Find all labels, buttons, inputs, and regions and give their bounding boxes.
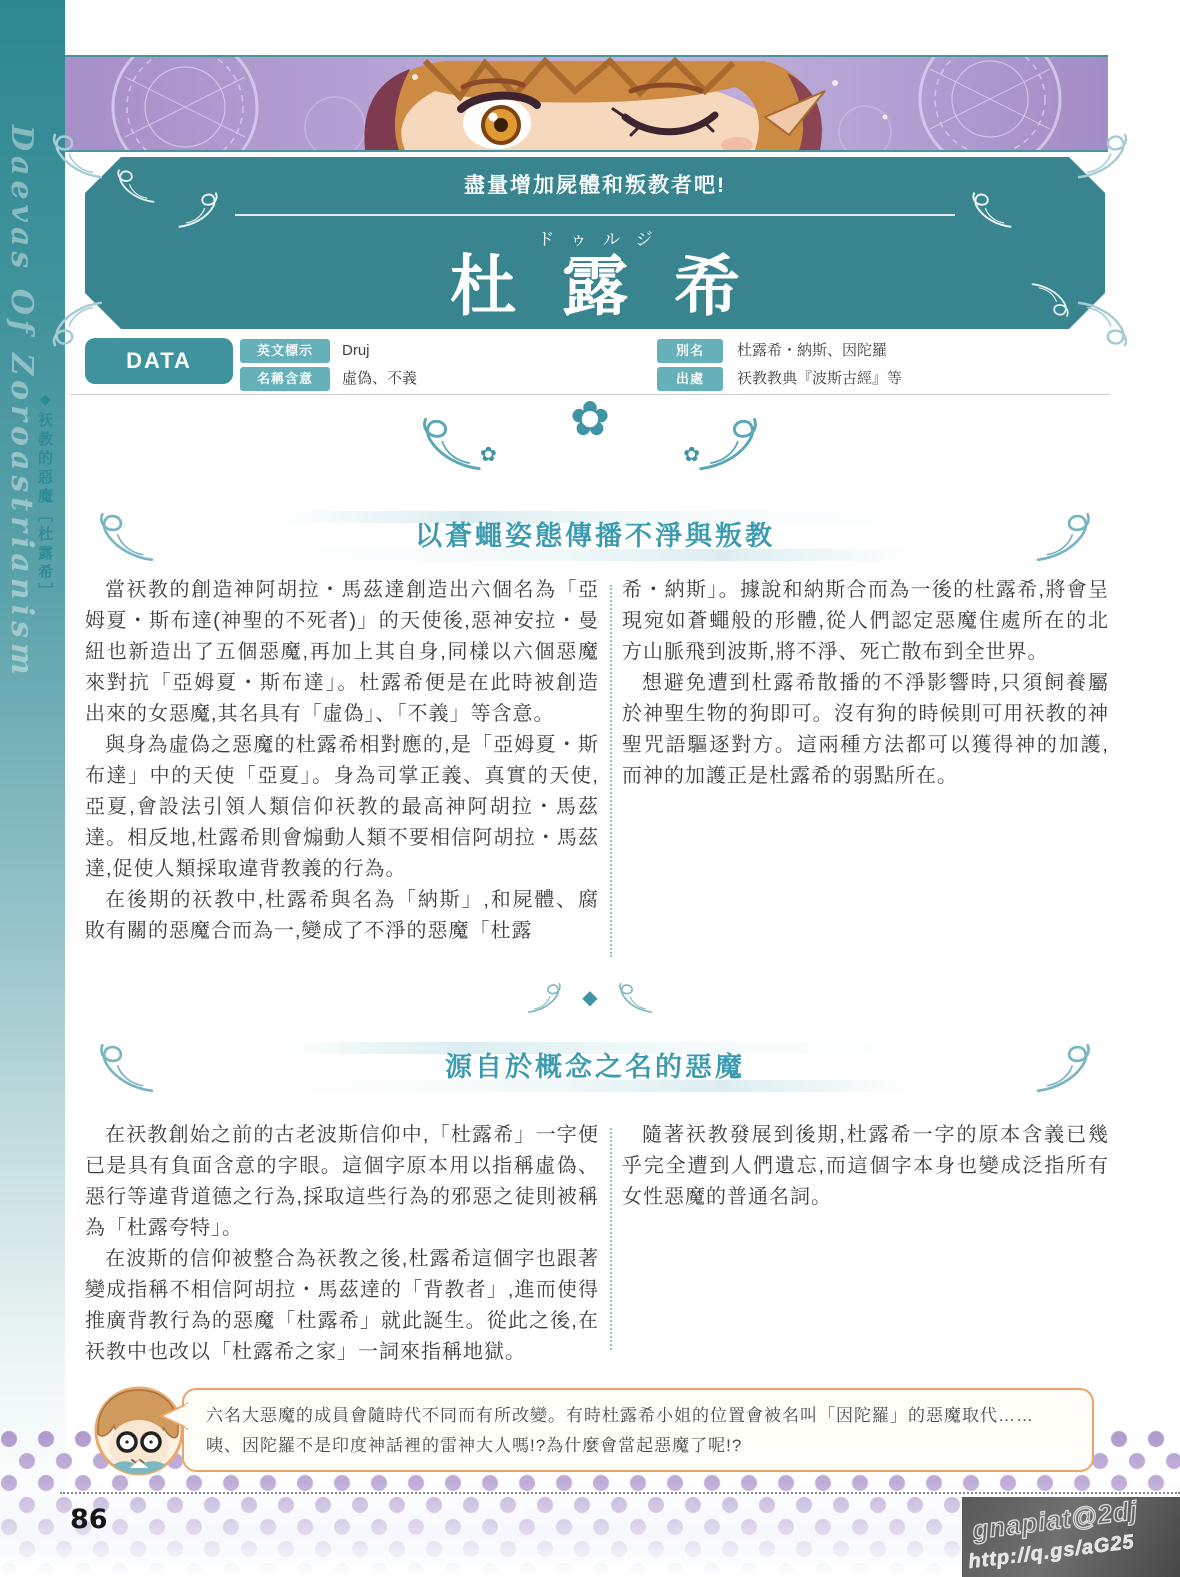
mascot-comment-box: 六名大惡魔的成員會隨時代不同而有所改變。有時杜露希小姐的位置會被名叫「因陀羅」的… — [182, 1388, 1094, 1472]
flower-icon: ✿ — [480, 442, 497, 467]
paragraph: 希・納斯」。據說和納斯合而為一後的杜露希,將會呈現宛如蒼蠅般的形體,從人們認定惡… — [622, 575, 1109, 668]
field-value-alias: 杜露希・納斯、因陀羅 — [737, 339, 887, 363]
comment-line: 六名大惡魔的成員會隨時代不同而有所改變。有時杜露希小姐的位置會被名叫「因陀羅」的… — [206, 1401, 1072, 1431]
section2-left-column: 在祆教創始之前的古老波斯信仰中,「杜露希」一字便已是具有負面含意的字眼。這個字原… — [85, 1120, 599, 1368]
corner-swirl-icon — [112, 168, 156, 204]
hero-divider-line — [235, 214, 955, 216]
sidebar-series-title: Daevas Of Zoroastrianism — [4, 125, 39, 1105]
flower-icon: ✿ — [683, 442, 700, 467]
column-divider — [610, 585, 612, 957]
hero-title-box: 盡量增加屍體和叛教者吧! ドゥルジ 杜露希 — [85, 157, 1105, 329]
paragraph: 想避免遭到杜露希散播的不淨影響時,只須飼養屬於神聖生物的狗即可。沒有狗的時候則可… — [622, 668, 1109, 792]
section-title: 源自於概念之名的惡魔 — [85, 1038, 1105, 1096]
section-divider-ornament: ◆ — [480, 976, 700, 1020]
corner-swirl-icon — [1076, 300, 1134, 348]
flower-divider-ornament: ✿ ✿ ✿ — [380, 396, 800, 492]
sidebar-category-label: ◆祆教的惡魔［杜露希］ — [34, 390, 55, 602]
swirl-ornament-icon — [177, 191, 223, 229]
field-label-meaning: 名稱含意 — [240, 367, 330, 391]
page-number: 86 — [70, 1504, 108, 1535]
swirl-ornament-icon — [524, 982, 568, 1014]
field-value-source: 祆教教典『波斯古經』等 — [737, 367, 902, 391]
section-header: 以蒼蠅姿態傳播不淨與叛教 — [85, 507, 1105, 565]
field-value-meaning: 虛偽、不義 — [342, 367, 417, 391]
watermark-box: gnapiat@2dj http://q.gs/aG25 — [962, 1497, 1180, 1577]
speech-bubble-tail — [158, 1400, 188, 1432]
paragraph: 與身為虛偽之惡魔的杜露希相對應的,是「亞姆夏・斯布達」中的天使「亞夏」。身為司掌… — [85, 730, 599, 885]
diamond-icon: ◆ — [582, 988, 597, 1008]
page-title: 杜露希 — [85, 247, 1105, 325]
corner-swirl-icon — [46, 132, 104, 180]
paragraph: 隨著祆教發展到後期,杜露希一字的原本含義已幾乎完全遭到人們遺忘,而這個字本身也變… — [622, 1120, 1109, 1213]
field-value-english: Druj — [342, 339, 370, 363]
banner-artwork — [65, 55, 1108, 152]
field-label-alias: 別名 — [657, 339, 723, 363]
column-divider — [610, 1128, 612, 1350]
paragraph: 當祆教的創造神阿胡拉・馬茲達創造出六個名為「亞姆夏・斯布達(神聖的不死者)」的天… — [85, 575, 599, 730]
anime-banner-illustration — [65, 57, 1108, 150]
hero-catchphrase: 盡量增加屍體和叛教者吧! — [85, 169, 1105, 199]
field-label-english: 英文標示 — [240, 339, 330, 363]
swirl-ornament-icon — [612, 982, 656, 1014]
swirl-ornament-icon — [967, 191, 1013, 229]
section-title: 以蒼蠅姿態傳播不淨與叛教 — [85, 507, 1105, 565]
section2-right-column: 隨著祆教發展到後期,杜露希一字的原本含義已幾乎完全遭到人們遺忘,而這個字本身也變… — [622, 1120, 1109, 1213]
magazine-page: Daevas Of Zoroastrianism ◆祆教的惡魔［杜露希］ — [0, 0, 1180, 1577]
paragraph: 在後期的祆教中,杜露希與名為「納斯」,和屍體、腐敗有關的惡魔合而為一,變成了不淨… — [85, 885, 599, 947]
paragraph: 在祆教創始之前的古老波斯信仰中,「杜露希」一字便已是具有負面含意的字眼。這個字原… — [85, 1120, 599, 1244]
section1-right-column: 希・納斯」。據說和納斯合而為一後的杜露希,將會呈現宛如蒼蠅般的形體,從人們認定惡… — [622, 575, 1109, 792]
corner-swirl-icon — [1076, 132, 1134, 180]
section1-left-column: 當祆教的創造神阿胡拉・馬茲達創造出六個名為「亞姆夏・斯布達(神聖的不死者)」的天… — [85, 575, 599, 947]
corner-swirl-icon — [1030, 282, 1074, 318]
comment-line: 咦、因陀羅不是印度神話裡的雷神大人嗎!?為什麼會當起惡魔了呢!? — [206, 1431, 1072, 1461]
paragraph: 在波斯的信仰被整合為祆教之後,杜露希這個字也跟著變成指稱不相信阿胡拉・馬茲達的「… — [85, 1244, 599, 1368]
dotted-footer-line — [60, 1492, 1180, 1494]
section-header: 源自於概念之名的惡魔 — [85, 1038, 1105, 1096]
data-panel-badge: DATA — [85, 338, 233, 384]
field-label-source: 出處 — [657, 367, 723, 391]
flower-icon: ✿ — [380, 394, 800, 446]
